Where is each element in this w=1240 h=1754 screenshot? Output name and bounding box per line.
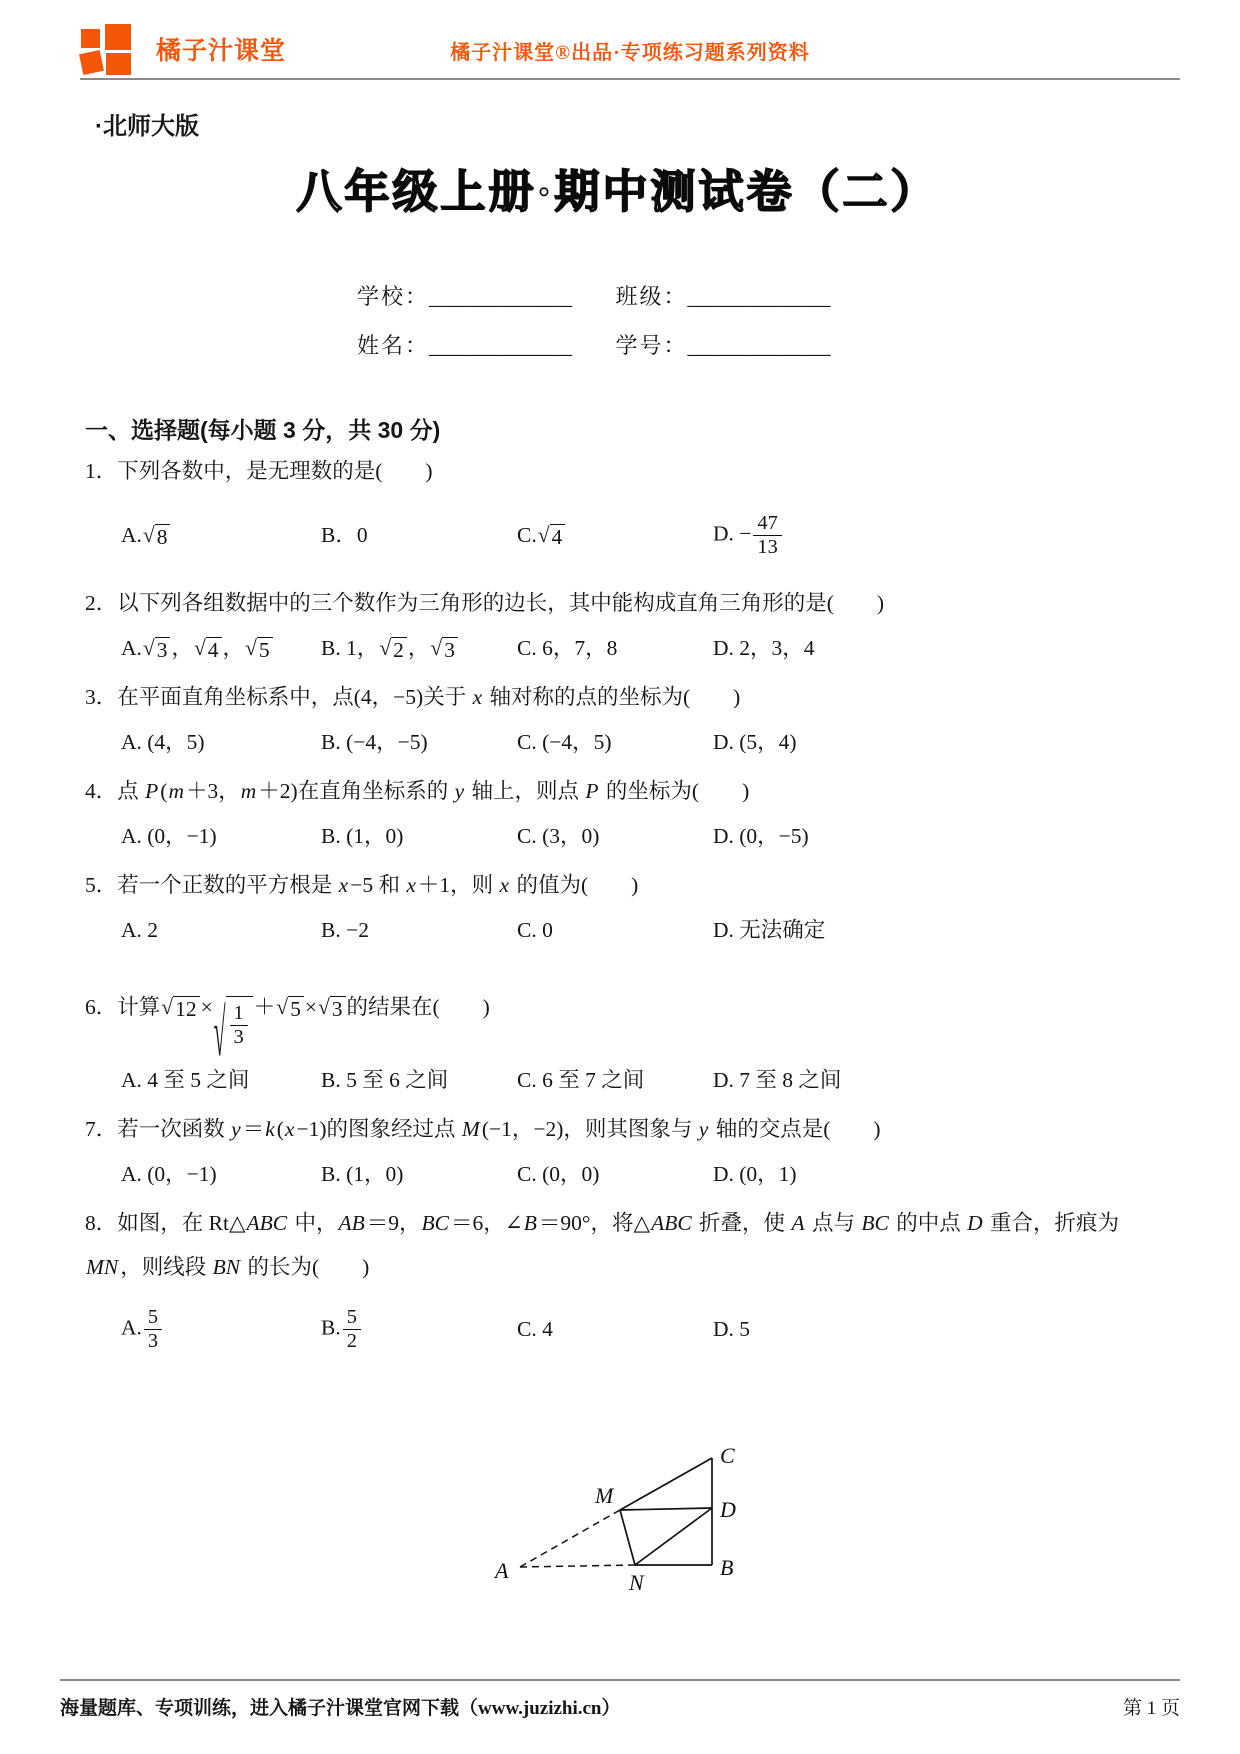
- question-4-option-c: C. (3，0): [517, 814, 713, 858]
- question-1-option-c: C.√4: [517, 513, 713, 557]
- question-5-stem: 5．若一个正数的平方根是 x−5 和 x＋1，则 x 的值为( ): [85, 863, 1150, 907]
- question-4-options: A. (0，−1) B. (1，0) C. (3，0) D. (0，−5): [85, 813, 1150, 859]
- student-info-form: 学校：_____________ 班级：_____________ 姓名：___…: [357, 272, 1150, 370]
- question-3-option-b: B. (−4，−5): [321, 720, 517, 764]
- school-blank: _____________: [429, 284, 572, 309]
- name-blank: _____________: [429, 333, 572, 358]
- student-id-label: 学号：: [616, 333, 688, 358]
- header-tagline: 橘子汁课堂®出品·专项练习题系列资料: [80, 36, 1180, 65]
- question-7-options: A. (0，−1) B. (1，0) C. (0，0) D. (0，1): [85, 1151, 1150, 1197]
- question-4: 4．点 P(m＋3，m＋2)在直角坐标系的 y 轴上，则点 P 的坐标为( ) …: [85, 769, 1150, 859]
- form-row-1: 学校：_____________ 班级：_____________: [357, 272, 1150, 321]
- question-1: 1．下列各数中，是无理数的是( ) A.√8 B．0 C.√4 D. −4713: [85, 449, 1150, 577]
- question-2-option-c: C. 6，7，8: [517, 626, 713, 670]
- question-3-option-d: D. (5，4): [713, 720, 1150, 764]
- figure-label-m: M: [594, 1483, 615, 1508]
- class-label: 班级：: [616, 284, 688, 309]
- question-1-stem: 1．下列各数中，是无理数的是( ): [85, 449, 1150, 493]
- question-8-stem: 8．如图，在 Rt△ABC 中，AB＝9，BC＝6，∠B＝90°，将△ABC 折…: [85, 1201, 1150, 1289]
- question-1-options: A.√8 B．0 C.√4 D. −4713: [85, 493, 1150, 577]
- header-divider: [80, 78, 1180, 80]
- question-8-option-a: A.53: [121, 1304, 321, 1355]
- question-8: 8．如图，在 Rt△ABC 中，AB＝9，BC＝6，∠B＝90°，将△ABC 折…: [85, 1201, 1150, 1369]
- question-6-options: A. 4 至 5 之间 B. 5 至 6 之间 C. 6 至 7 之间 D. 7…: [85, 1057, 1150, 1103]
- question-5-option-a: A. 2: [121, 908, 321, 952]
- footer-note: 海量题库、专项训练，进入橘子汁课堂官网下载（www.juzizhi.cn）: [60, 1693, 621, 1720]
- question-6-stem: 6．计算√12×√13＋√5×√3的结果在( ): [85, 957, 1150, 1057]
- figure-label-b: B: [720, 1555, 733, 1580]
- question-8-option-b: B.52: [321, 1304, 517, 1355]
- question-6: 6．计算√12×√13＋√5×√3的结果在( ) A. 4 至 5 之间 B. …: [85, 957, 1150, 1103]
- question-3-stem: 3．在平面直角坐标系中，点(4，−5)关于 x 轴对称的点的坐标为( ): [85, 675, 1150, 719]
- question-6-option-d: D. 7 至 8 之间: [713, 1058, 1150, 1102]
- question-5: 5．若一个正数的平方根是 x−5 和 x＋1，则 x 的值为( ) A. 2 B…: [85, 863, 1150, 953]
- student-id-blank: _____________: [688, 333, 831, 358]
- figure-label-d: D: [719, 1497, 736, 1522]
- question-3-option-c: C. (−4，5): [517, 720, 713, 764]
- question-7-option-a: A. (0，−1): [121, 1152, 321, 1196]
- question-4-option-d: D. (0，−5): [713, 814, 1150, 858]
- section-1-title: 一、选择题(每小题 3 分，共 30 分): [85, 412, 1150, 445]
- question-6-option-c: C. 6 至 7 之间: [517, 1058, 713, 1102]
- name-label: 姓名：: [357, 333, 429, 358]
- question-1-option-d: D. −4713: [713, 510, 1150, 561]
- question-8-option-c: C. 4: [517, 1307, 713, 1351]
- question-4-option-b: B. (1，0): [321, 814, 517, 858]
- question-4-option-a: A. (0，−1): [121, 814, 321, 858]
- figure-label-n: N: [628, 1570, 645, 1595]
- question-5-option-d: D. 无法确定: [713, 908, 1150, 952]
- question-2: 2．以下列各组数据中的三个数作为三角形的边长，其中能构成直角三角形的是( ) A…: [85, 581, 1150, 671]
- question-5-option-c: C. 0: [517, 908, 713, 952]
- figure-label-c: C: [720, 1443, 735, 1468]
- question-2-option-b: B. 1，√2，√3: [321, 626, 517, 670]
- question-6-option-b: B. 5 至 6 之间: [321, 1058, 517, 1102]
- figure-label-a: A: [493, 1558, 509, 1583]
- page-number: 第 1 页: [1123, 1693, 1180, 1720]
- question-8-option-d: D. 5: [713, 1307, 1150, 1351]
- paper-title: 八年级上册·期中测试卷（二）: [85, 155, 1150, 220]
- question-5-option-b: B. −2: [321, 908, 517, 952]
- question-3: 3．在平面直角坐标系中，点(4，−5)关于 x 轴对称的点的坐标为( ) A. …: [85, 675, 1150, 765]
- question-8-figure: C D B M N A: [437, 1433, 1150, 1603]
- school-label: 学校：: [357, 284, 429, 309]
- page-header: 橘子汁课堂 橘子汁课堂®出品·专项练习题系列资料: [0, 0, 1240, 80]
- question-8-options: A.53 B.52 C. 4 D. 5: [85, 1289, 1150, 1369]
- class-blank: _____________: [688, 284, 831, 309]
- page-footer: 海量题库、专项训练，进入橘子汁课堂官网下载（www.juzizhi.cn） 第 …: [60, 1679, 1180, 1720]
- question-2-options: A.√3，√4，√5 B. 1，√2，√3 C. 6，7，8 D. 2，3，4: [85, 625, 1150, 671]
- question-1-option-b: B．0: [321, 513, 517, 557]
- form-row-2: 姓名：_____________ 学号：_____________: [357, 321, 1150, 370]
- question-7-stem: 7．若一次函数 y＝k(x−1)的图象经过点 M(−1，−2)，则其图象与 y …: [85, 1107, 1150, 1151]
- question-3-options: A. (4，5) B. (−4，−5) C. (−4，5) D. (5，4): [85, 719, 1150, 765]
- question-7: 7．若一次函数 y＝k(x−1)的图象经过点 M(−1，−2)，则其图象与 y …: [85, 1107, 1150, 1197]
- question-2-option-d: D. 2，3，4: [713, 626, 1150, 670]
- question-7-option-b: B. (1，0): [321, 1152, 517, 1196]
- question-3-option-a: A. (4，5): [121, 720, 321, 764]
- question-7-option-d: D. (0，1): [713, 1152, 1150, 1196]
- question-7-option-c: C. (0，0): [517, 1152, 713, 1196]
- question-4-stem: 4．点 P(m＋3，m＋2)在直角坐标系的 y 轴上，则点 P 的坐标为( ): [85, 769, 1150, 813]
- question-1-option-a: A.√8: [121, 513, 321, 557]
- question-2-stem: 2．以下列各组数据中的三个数作为三角形的边长，其中能构成直角三角形的是( ): [85, 581, 1150, 625]
- edition-label: ·北师大版: [95, 106, 1150, 141]
- question-2-option-a: A.√3，√4，√5: [121, 626, 321, 670]
- question-5-options: A. 2 B. −2 C. 0 D. 无法确定: [85, 907, 1150, 953]
